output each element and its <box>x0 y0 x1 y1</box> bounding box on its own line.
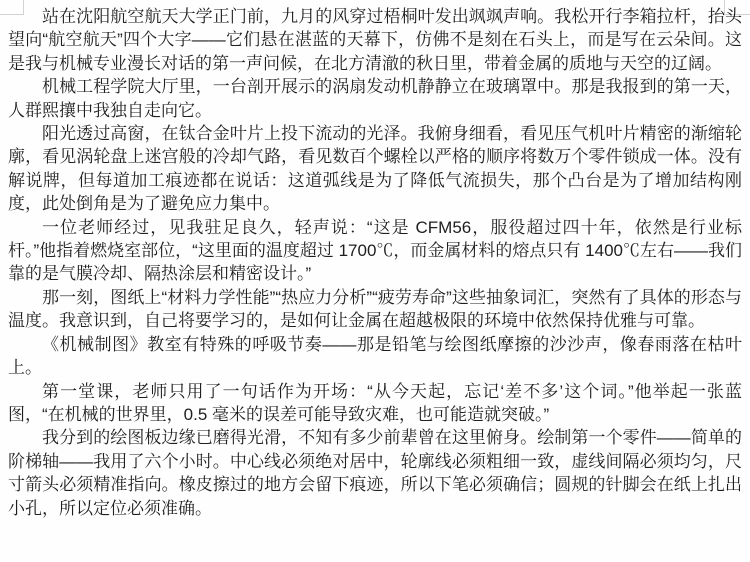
document-page: 站在沈阳航空航天大学正门前，九月的风穿过梧桐叶发出飒飒声响。我松开行李箱拉杆，抬… <box>0 0 750 562</box>
paragraph-2: 机械工程学院大厅里，一台剖开展示的涡扇发动机静静立在玻璃罩中。那是我报到的第一天… <box>8 75 742 122</box>
paragraph-8: 我分到的绘图板边缘已磨得光滑，不知有多少前辈曾在这里俯身。绘制第一个零件——简单… <box>8 426 742 520</box>
paragraph-6: 《机械制图》教室有特殊的呼吸节奏——那是铅笔与绘图纸摩擦的沙沙声，像春雨落在枯叶… <box>8 333 742 380</box>
paragraph-5: 那一刻，图纸上“材料力学性能”“热应力分析”“疲劳寿命”这些抽象词汇，突然有了具… <box>8 286 742 333</box>
paragraph-3: 阳光透过高窗，在钛合金叶片上投下流动的光泽。我俯身细看，看见压气机叶片精密的渐缩… <box>8 122 742 216</box>
paragraph-4: 一位老师经过，见我驻足良久，轻声说：“这是 CFM56，服役超过四十年，依然是行… <box>8 216 742 286</box>
document-body[interactable]: 站在沈阳航空航天大学正门前，九月的风穿过梧桐叶发出飒飒声响。我松开行李箱拉杆，抬… <box>8 5 742 520</box>
paragraph-7: 第一堂课，老师只用了一句话作为开场：“从今天起，忘记‘差不多’这个词。”他举起一… <box>8 380 742 427</box>
paragraph-1: 站在沈阳航空航天大学正门前，九月的风穿过梧桐叶发出飒飒声响。我松开行李箱拉杆，抬… <box>8 5 742 75</box>
